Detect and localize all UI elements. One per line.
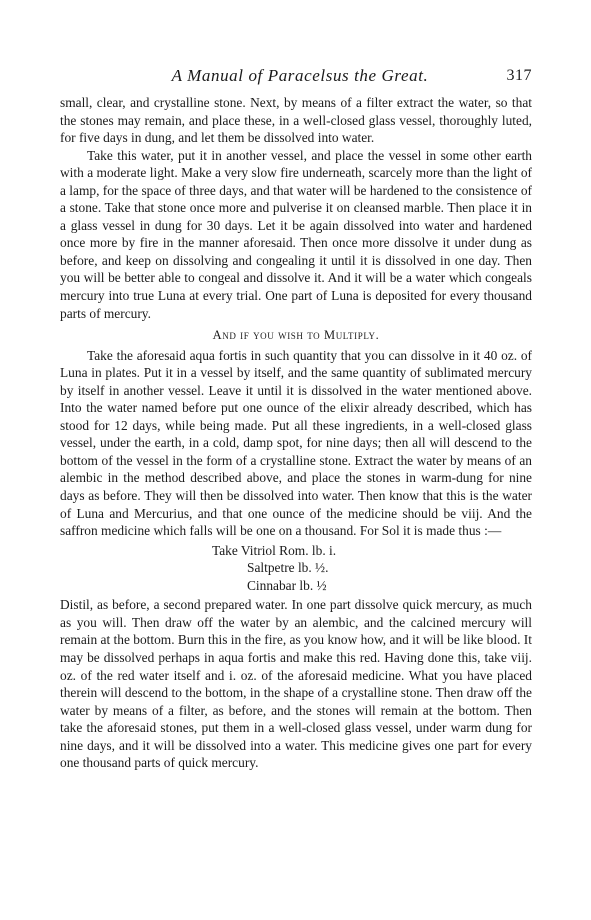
final-paragraph: Distil, as before, a second prepared wat… — [60, 596, 532, 771]
page-body: small, clear, and crystalline stone. Nex… — [60, 94, 532, 772]
paragraph-continued: small, clear, and crystalline stone. Nex… — [60, 94, 532, 147]
recipe-item: Cinnabar lb. ½ — [60, 577, 532, 595]
running-title: A Manual of Paracelsus the Great. — [60, 66, 532, 86]
recipe-item: Take Vitriol Rom. lb. i. — [60, 542, 532, 560]
recipe-item: Saltpetre lb. ½. — [60, 559, 532, 577]
recipe-list: Take Vitriol Rom. lb. i. Saltpetre lb. ½… — [60, 542, 532, 595]
page-header: A Manual of Paracelsus the Great. 317 — [60, 66, 532, 88]
page-number: 317 — [507, 67, 533, 85]
section-paragraph: Take the aforesaid aqua fortis in such q… — [60, 347, 532, 540]
paragraph: Take this water, put it in another vesse… — [60, 147, 532, 322]
section-heading: And if you wish to Multiply. — [60, 327, 532, 345]
